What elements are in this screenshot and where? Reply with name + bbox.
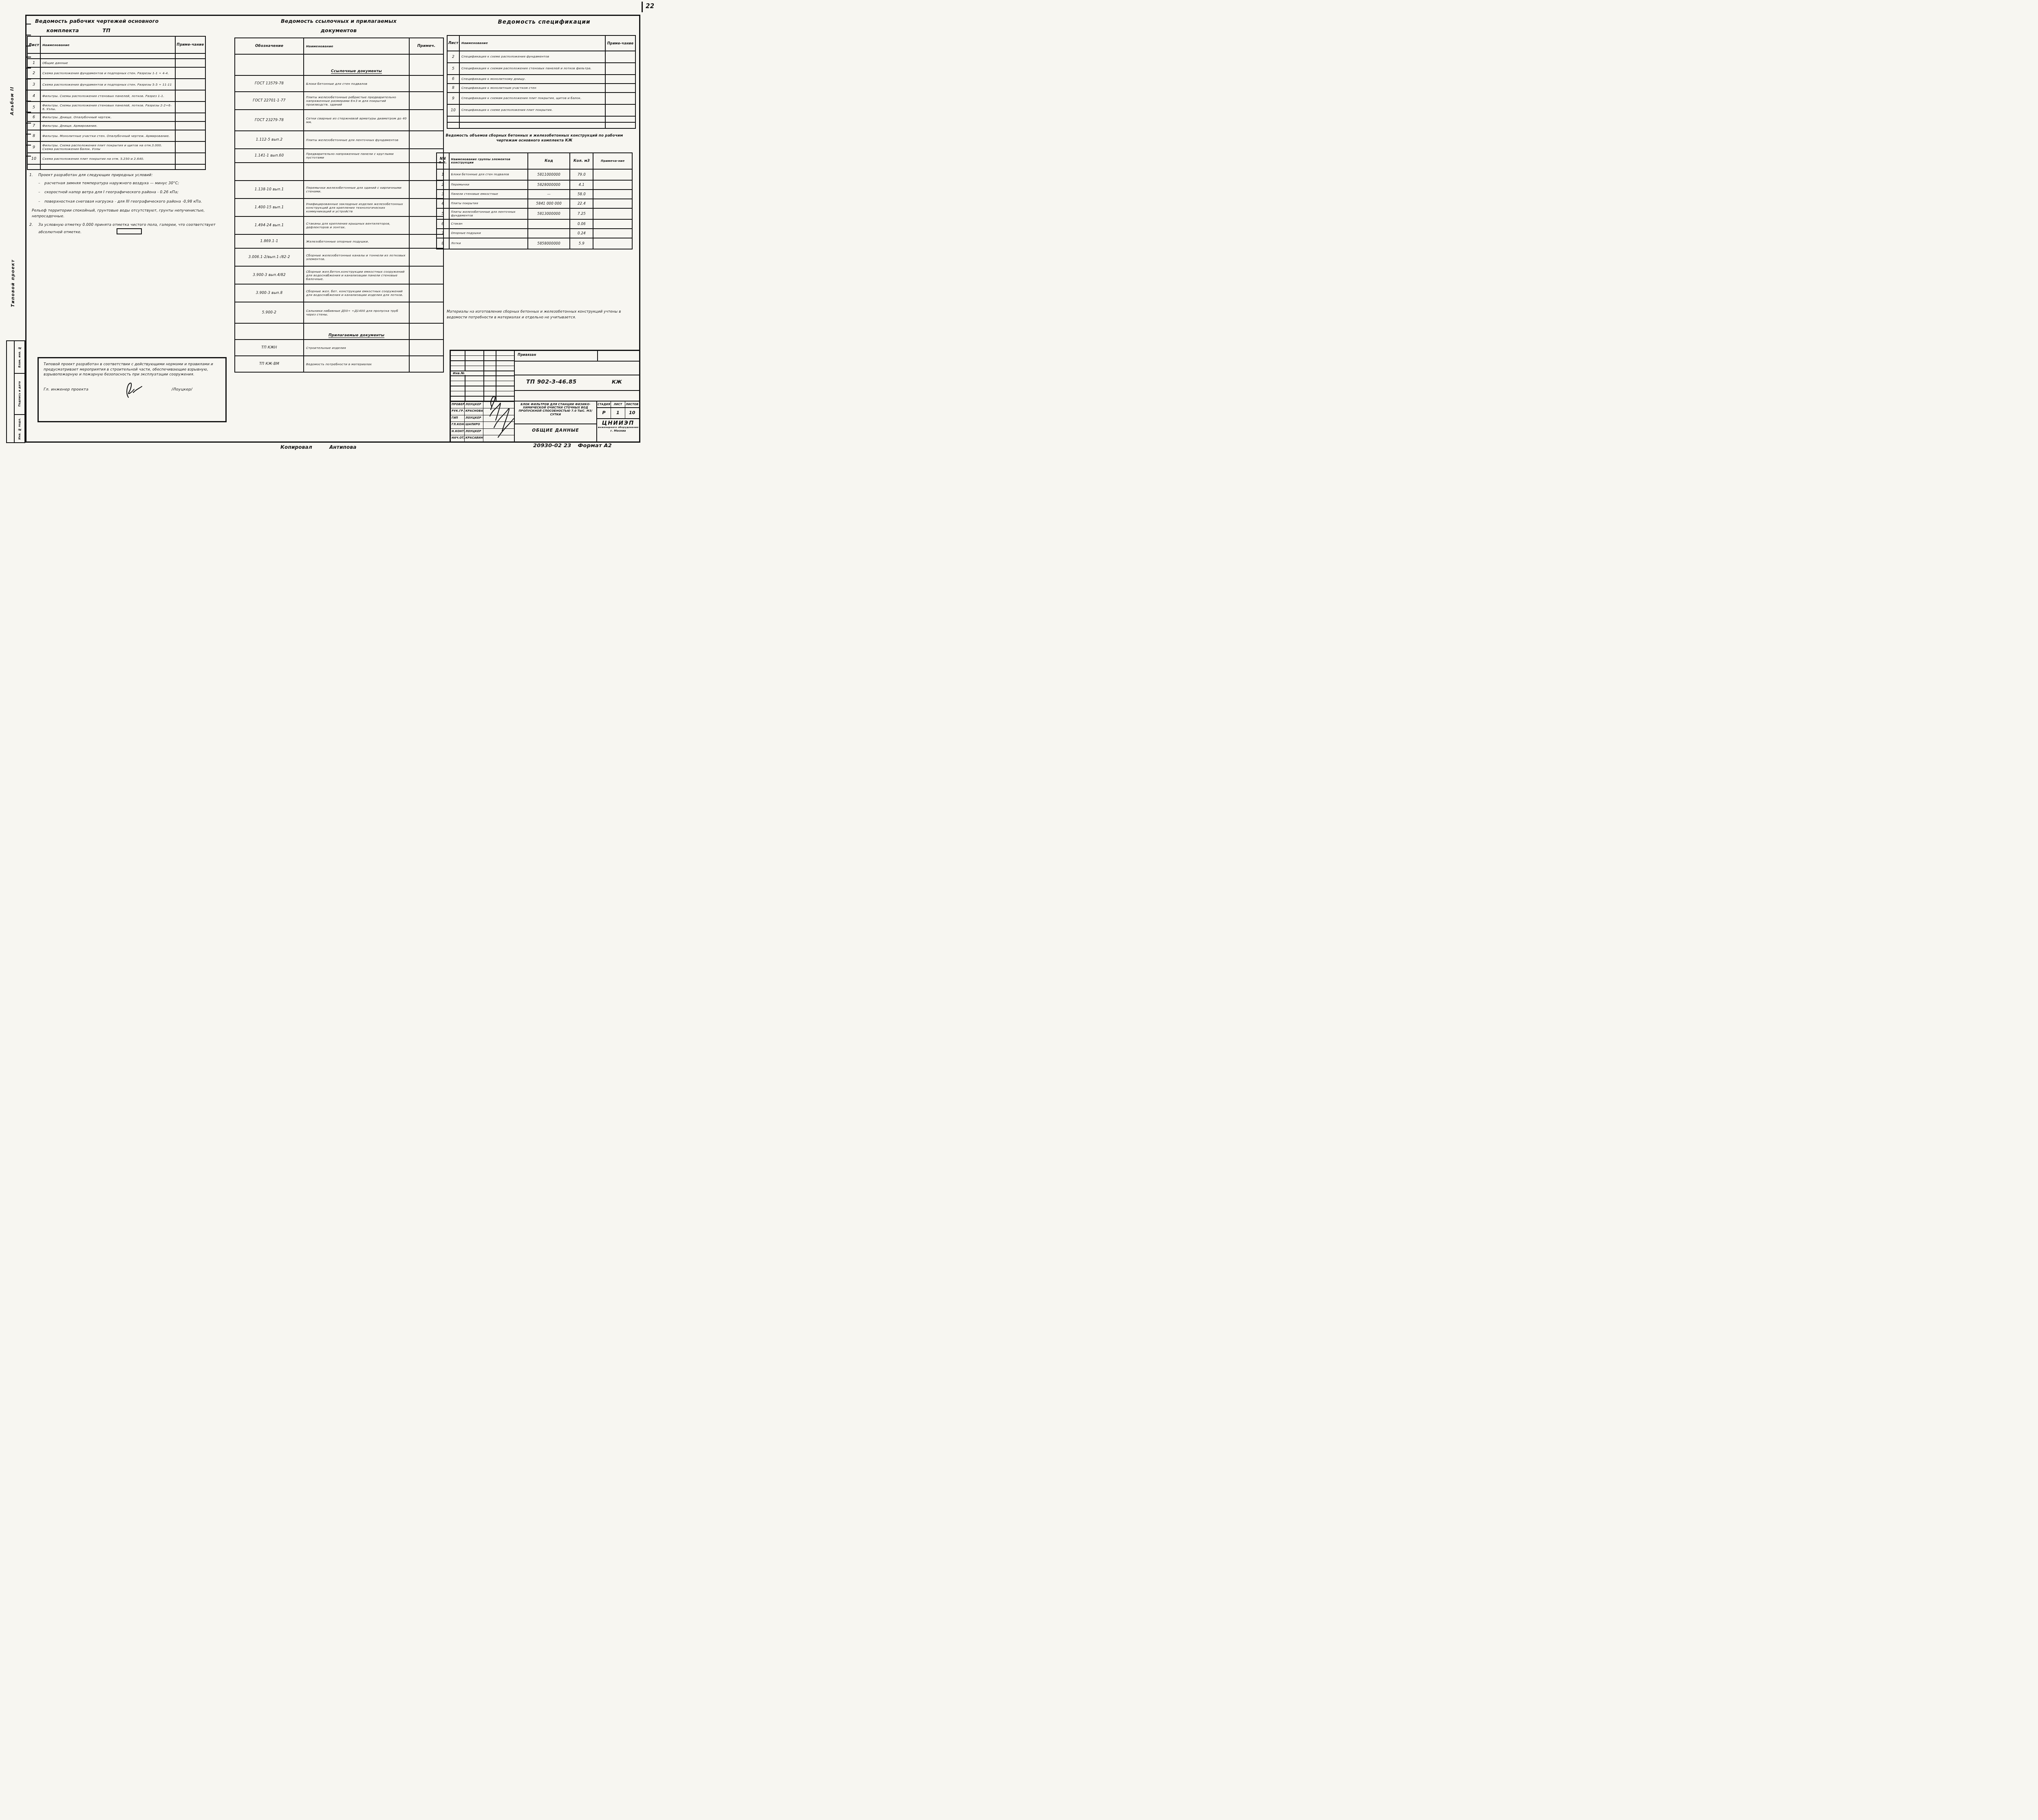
- dash: –: [38, 199, 42, 205]
- note-cell: [593, 190, 632, 199]
- doc-name-cell: Сборные жел.бетон.конструкции емкостных …: [304, 266, 409, 284]
- sheet-number-cell: 9: [27, 141, 40, 153]
- worklist-row: [27, 164, 205, 170]
- designation-cell: ГОСТ 22701-1-77: [235, 92, 304, 110]
- drawing-name-cell: Фильтры. Схема расположения плит покрыти…: [40, 141, 175, 153]
- spec-row: 10Спецификация к схеме расположения плит…: [447, 104, 635, 116]
- referenced-docs-table: Обозначение Наименование Примеч. Ссылочн…: [234, 38, 444, 373]
- refs-row: 1.400-15 вып.1Унифицированные закладные …: [235, 199, 443, 216]
- doc-name-cell: Ведомость потребности в материалах: [304, 356, 409, 372]
- spec-name-cell: Спецификация к монолитным участком стен: [459, 84, 605, 93]
- worklist-row: 3Схема расположения фундаментов и подпор…: [27, 79, 205, 90]
- sheet-number-cell: 8: [447, 84, 459, 93]
- document-number: ТП 902-3-46.85: [526, 379, 577, 385]
- role-cell: Рук.гр.: [451, 408, 465, 415]
- spec-row: [447, 116, 635, 122]
- designation-cell: 3.006.1-2/вып.1-/82-2: [235, 248, 304, 266]
- volumes-row: 5Плиты железобетонные для ленточных фунд…: [437, 208, 632, 219]
- refs-row: 1.138-10 вып.1Перемычки железобетонные д…: [235, 181, 443, 199]
- grid-line: [483, 351, 484, 402]
- col-nn: NN п.п.: [437, 153, 449, 169]
- name-cell: Лоуцкер: [465, 415, 483, 421]
- doc-name-cell: Строительные изделия: [304, 340, 409, 356]
- col-sheet: Лист: [447, 35, 459, 51]
- quantity-cell: 4.1: [570, 180, 593, 190]
- quantity-cell: 58.0: [570, 190, 593, 199]
- note-number: 1.: [29, 173, 35, 179]
- spec-list-title: Ведомость спецификации: [448, 19, 640, 25]
- empty-row: [515, 362, 639, 375]
- doc-name-cell: Плиты железобетонные для ленточных фунда…: [304, 131, 409, 149]
- sheet-number-cell: [447, 116, 459, 122]
- doc-name-cell: [304, 163, 409, 181]
- designation-cell: ГОСТ 13579-78: [235, 75, 304, 92]
- volumes-title: Ведомость объемов сборных бетонных и жел…: [436, 134, 633, 143]
- refs-row: ТП КЖНСтроительные изделия: [235, 340, 443, 356]
- general-notes: 1. Проект разработан для следующих приро…: [29, 173, 216, 238]
- name-cell: Краснова: [465, 408, 483, 415]
- role-cell: ГИП: [451, 415, 465, 421]
- worklist-row: 1Общие данные: [27, 59, 205, 67]
- quantity-cell: 7.25: [570, 208, 593, 219]
- note-cell: [593, 180, 632, 190]
- designation-cell: 1.494-24 вып.1: [235, 216, 304, 234]
- sheet-number-cell: 2: [447, 51, 459, 63]
- col-name: Наименование: [459, 35, 605, 51]
- project-description: Блок фильтров для станции физико-химичес…: [515, 402, 596, 424]
- note-cell: [409, 110, 443, 131]
- sheet-number-cell: 4: [27, 90, 40, 101]
- sheets-value: 10: [625, 408, 639, 418]
- designation-cell: ТП КЖН: [235, 340, 304, 356]
- signature-cell: [483, 428, 514, 435]
- role-cell: Провер.: [451, 402, 465, 408]
- signature-cell: [483, 435, 514, 441]
- note-cell: [409, 92, 443, 110]
- note-cell: [175, 67, 205, 79]
- volumes-row: 4Плиты покрытия5841 000 00022.4: [437, 199, 632, 208]
- refs-row: ТП КЖ-ВМВедомость потребности в материал…: [235, 356, 443, 372]
- note-cell: [593, 208, 632, 219]
- note-cell: [605, 104, 635, 116]
- row-number-cell: 8: [437, 238, 449, 249]
- code-cell: 5858000000: [528, 238, 570, 249]
- designation-cell: 1.400-15 вып.1: [235, 199, 304, 216]
- spec-name-cell: [459, 116, 605, 122]
- note-cell: [409, 302, 443, 323]
- name-cell: Красавин: [465, 435, 483, 441]
- note-cell: [605, 93, 635, 104]
- note-cell: [409, 323, 443, 340]
- doc-name-cell: Сальники набивные Д50÷ ÷Д1400 для пропус…: [304, 302, 409, 323]
- note-cell: [175, 153, 205, 164]
- designation-cell: ГОСТ 23279-78: [235, 110, 304, 131]
- designation-cell: 3.900-3 вып.4/82: [235, 266, 304, 284]
- note-cell: [593, 169, 632, 180]
- col-group: Наименование группы элементов конструкци…: [449, 153, 528, 169]
- refs-row: ГОСТ 22701-1-77Плиты железобетонные ребр…: [235, 92, 443, 110]
- margin-stamp-label: Взам. инв. №: [18, 346, 21, 368]
- note-cell: [593, 219, 632, 229]
- code-cell: [528, 229, 570, 238]
- doc-name-cell: Сетки сварные из стержневой арматуры диа…: [304, 110, 409, 131]
- quantity-cell: 5.9: [570, 238, 593, 249]
- doc-name-cell: Предварительно напряженные панели с круг…: [304, 149, 409, 163]
- note-cell: [605, 75, 635, 84]
- code-cell: 5841 000 000: [528, 199, 570, 208]
- refs-row: [235, 163, 443, 181]
- note-paragraph: Рельеф территории спокойный, грунтовые в…: [32, 208, 216, 219]
- drawing-name-cell: Фильтры. Днище. Армирование.: [40, 121, 175, 130]
- volumes-row: 3Панели стеновые емкостные—58.0: [437, 190, 632, 199]
- code-cell: —: [528, 190, 570, 199]
- document-number-row: ТП 902-3-46.85 КЖ: [515, 375, 639, 391]
- refs-row: 3.900-3 вып.4/82Сборные жел.бетон.констр…: [235, 266, 443, 284]
- note-cell: [605, 63, 635, 75]
- refs-title: Ведомость ссылочных и прилагаемых докуме…: [234, 16, 443, 35]
- note-cell: [605, 122, 635, 128]
- group-name-cell: Стакан: [449, 219, 528, 229]
- margin-stamp-empty-column: [7, 341, 15, 442]
- signature-cell: [483, 421, 514, 428]
- spec-name-cell: Спецификация к схеме расположения фундам…: [459, 51, 605, 63]
- designation-cell: [235, 54, 304, 75]
- note-cell: [175, 59, 205, 67]
- stage-header: Стадия: [597, 402, 611, 407]
- refs-row: ГОСТ 23279-78Сетки сварные из стержневой…: [235, 110, 443, 131]
- doc-name-cell: Сборные жел. бет. конструкции емкостных …: [304, 284, 409, 302]
- refs-row: ГОСТ 13579-78Блоки бетонные для стен под…: [235, 75, 443, 92]
- note-bullet: –расчетная зимняя температура наружного …: [38, 181, 216, 187]
- doc-name-cell: Сборные железобетонные каналы и тоннели …: [304, 248, 409, 266]
- refs-row: 3.006.1-2/вып.1-/82-2Сборные железобетон…: [235, 248, 443, 266]
- margin-stamp-cell: Взам. инв. №: [15, 341, 24, 374]
- sheet-number-cell: 6: [447, 75, 459, 84]
- inventory-number-label: Инв.№: [452, 371, 465, 375]
- role-cell: Нач.отд: [451, 435, 465, 441]
- col-sheet: Лист: [27, 36, 40, 53]
- drawing-name-cell: Фильтры. Днище. Опалубочный чертеж.: [40, 113, 175, 121]
- spec-list-table: Лист Наименование Приме-чание 2Специфика…: [447, 35, 636, 129]
- sheet-number-cell: 2: [27, 67, 40, 79]
- row-number-cell: 7: [437, 229, 449, 238]
- spec-row: [447, 122, 635, 128]
- volumes-row: 6Стакан0.06: [437, 219, 632, 229]
- worklist-row: 7Фильтры. Днище. Армирование.: [27, 121, 205, 130]
- volumes-row: 2Перемычки58280000004.1: [437, 180, 632, 190]
- note-cell: [409, 54, 443, 75]
- materials-note: Материалы на изготовление сборных бетонн…: [447, 309, 635, 320]
- name-cell: Шапиро: [465, 421, 483, 428]
- designation-cell: 1.141-1 вып.60: [235, 149, 304, 163]
- col-designation: Обозначение: [235, 38, 304, 54]
- row-number-cell: 6: [437, 219, 449, 229]
- note-cell: [409, 75, 443, 92]
- note-cell: [175, 164, 205, 170]
- note-cell: [175, 113, 205, 121]
- volumes-header: NN п.п. Наименование группы элементов ко…: [437, 153, 632, 169]
- note-cell: [605, 116, 635, 122]
- margin-stamp-labels: Взам. инв. №Подпись и датаИнв. № подл.: [15, 341, 24, 442]
- sheet-number-cell: 5: [27, 101, 40, 113]
- sheet-number-cell: 8: [27, 130, 40, 141]
- designation-cell: 1.138-10 вып.1: [235, 181, 304, 199]
- project-description-cell: Блок фильтров для станции физико-химичес…: [515, 402, 597, 441]
- doc-name-cell: Перемычки железобетонные для зданий с ки…: [304, 181, 409, 199]
- doc-name-cell: Унифицированные закладные изделия железо…: [304, 199, 409, 216]
- note-text: Проект разработан для следующих природны…: [38, 173, 153, 179]
- copier-name: Антипова: [329, 444, 357, 450]
- role-cell: Гл.конст: [451, 421, 465, 428]
- doc-name-cell: Прилагаемые документы: [304, 323, 409, 340]
- name-cell: Лоуцкер: [465, 428, 483, 435]
- worklist-row: 4Фильтры. Схемы расположения стеновых па…: [27, 90, 205, 101]
- drawing-name-cell: [40, 164, 175, 170]
- note-cell: [409, 356, 443, 372]
- scanned-drawing-sheet: { "page": { "number": "22" }, "margin": …: [0, 0, 654, 455]
- spec-name-cell: [459, 122, 605, 128]
- note-cell: [605, 84, 635, 93]
- document-code: 20930-02 23Формат А2: [533, 443, 612, 449]
- note-cell: [175, 121, 205, 130]
- row-number-cell: 2: [437, 180, 449, 190]
- code-cell: [528, 219, 570, 229]
- role-cell: Н.контр: [451, 428, 465, 435]
- col-note: Приме-чание: [175, 36, 205, 53]
- note-cell: [593, 229, 632, 238]
- margin-stamp-label: Инв. № подл.: [18, 418, 21, 440]
- organization-city: г. Москва: [597, 429, 639, 432]
- sheet-number-cell: 5: [447, 63, 459, 75]
- code-cell: 5813000000: [528, 208, 570, 219]
- drawing-name-cell: Общие данные: [40, 59, 175, 67]
- worklist-row: 9Фильтры. Схема расположения плит покрыт…: [27, 141, 205, 153]
- roles-grid: Провер.ЛоуцкерРук.гр.КрасноваГИПЛоуцкерГ…: [451, 402, 514, 441]
- refs-row: 1.494-24 вып.1Стаканы для крепления крыш…: [235, 216, 443, 234]
- dash: –: [38, 181, 42, 187]
- sheet-number-cell: 10: [447, 104, 459, 116]
- note-cell: [593, 238, 632, 249]
- margin-stamp-cell: Подпись и дата: [15, 374, 24, 415]
- note-cell: [409, 248, 443, 266]
- refs-row: Прилагаемые документы: [235, 323, 443, 340]
- signature-icon: [117, 381, 143, 399]
- worklist-row: 10Схема расположения плит покрытия на от…: [27, 153, 205, 164]
- format-label: Формат А2: [578, 443, 612, 449]
- title-block: Инв.№ Провер.ЛоуцкерРук.гр.КрасноваГИПЛо…: [450, 350, 640, 443]
- note-bullet: –скоростной напор ветра для I географиче…: [38, 190, 216, 196]
- refs-row: 1.869.1-1Железобетонные опорные подушки.: [235, 234, 443, 248]
- spec-name-cell: Спецификация к монолитному днищу.: [459, 75, 605, 84]
- grid-line: [496, 351, 496, 402]
- code-cell: 5811000000: [528, 169, 570, 180]
- refs-row: 3.900-3 вып.8Сборные жел. бет. конструкц…: [235, 284, 443, 302]
- refs-row: Ссылочные документы: [235, 54, 443, 75]
- worklist-title: Ведомость рабочих чертежей основного ком…: [35, 16, 159, 35]
- spec-row: 2Спецификация к схеме расположения фунда…: [447, 51, 635, 63]
- title-block-signature-grid: Инв.№ Провер.ЛоуцкерРук.гр.КрасноваГИПЛо…: [451, 351, 515, 441]
- worklist-row: 2Схема расположения фундаментов и подпор…: [27, 67, 205, 79]
- pinned-label: Привязан: [518, 353, 536, 357]
- signature-grid-empty-rows: [451, 351, 514, 402]
- col-name: Наименование: [40, 36, 175, 53]
- note-bullet-text: расчетная зимняя температура наружного в…: [44, 181, 179, 187]
- note-bullets: –расчетная зимняя температура наружного …: [38, 181, 216, 205]
- title-block-right: Привязан ТП 902-3-46.85 КЖ Блок фильтров…: [515, 351, 639, 441]
- blank-elevation-box: [117, 228, 142, 234]
- worklist-header: Лист Наименование Приме-чание: [27, 36, 205, 53]
- sheets-header: Листов: [625, 402, 639, 407]
- designation-cell: 1.869.1-1: [235, 234, 304, 248]
- designation-cell: [235, 163, 304, 181]
- signature-name: /Лоуцкер/: [172, 387, 192, 393]
- typical-project-label: Типовой проект: [11, 259, 15, 307]
- spec-row: 8Спецификация к монолитным участком стен: [447, 84, 635, 93]
- worklist-table: Лист Наименование Приме-чание 1Общие дан…: [27, 36, 206, 170]
- spec-row: 9Спецификация к схемам расположения плит…: [447, 93, 635, 104]
- signature-cell: [483, 415, 514, 421]
- sheet-number-cell: [27, 164, 40, 170]
- dash: –: [38, 190, 42, 196]
- copied-by: КопировалАнтипова: [280, 444, 357, 450]
- sheet-number-cell: 3: [27, 79, 40, 90]
- statement-text: Типовой проект разработан в соответствии…: [44, 362, 221, 377]
- drawing-name-cell: Схема расположения фундаментов и подпорн…: [40, 67, 175, 79]
- divider: [597, 351, 598, 361]
- note-cell: [409, 284, 443, 302]
- note-cell: [175, 90, 205, 101]
- note-cell: [175, 130, 205, 141]
- stage-block: Стадия Лист Листов Р 1 10 ЦНИИЭП инженер…: [597, 402, 639, 441]
- designation-cell: 1.112-5 вып.2: [235, 131, 304, 149]
- doc-name-cell: Железобетонные опорные подушки.: [304, 234, 409, 248]
- note-cell: [409, 266, 443, 284]
- note-bullet-text: скоростной напор ветра для I географичес…: [44, 190, 179, 196]
- note-number: 2.: [29, 223, 35, 235]
- note-cell: [175, 53, 205, 59]
- refs-row: 5.900-2Сальники набивные Д50÷ ÷Д1400 для…: [235, 302, 443, 323]
- sheet-number-cell: [447, 122, 459, 128]
- col-qty: Кол. м3: [570, 153, 593, 169]
- worklist-row: 8Фильтры. Монолитные участки стен. Опалу…: [27, 130, 205, 141]
- sheet-number-cell: 6: [27, 113, 40, 121]
- designation-cell: 3.900-3 вып.8: [235, 284, 304, 302]
- empty-row: [515, 391, 639, 402]
- col-note: Приме-чание: [605, 35, 635, 51]
- spec-header: Лист Наименование Приме-чание: [447, 35, 635, 51]
- designation-cell: 5.900-2: [235, 302, 304, 323]
- statement-box: Типовой проект разработан в соответствии…: [37, 357, 227, 422]
- sheet-value: 1: [611, 408, 625, 418]
- group-name-cell: Опорные подушки: [449, 229, 528, 238]
- organization-cell: ЦНИИЭП инженерного оборудования г. Москв…: [597, 419, 639, 432]
- row-number-cell: 3: [437, 190, 449, 199]
- sheet-number-cell: 7: [27, 121, 40, 130]
- group-name-cell: Блоки бетонные для стен подвалов: [449, 169, 528, 180]
- sheet-number-cell: [27, 53, 40, 59]
- set-mark: КЖ: [612, 379, 622, 385]
- doc-name-cell: Ссылочные документы: [304, 54, 409, 75]
- sheet-number-cell: 1: [27, 59, 40, 67]
- spec-name-cell: Спецификация к схемам расположения стено…: [459, 63, 605, 75]
- quantity-cell: 0.06: [570, 219, 593, 229]
- sheet-name: Общие данные: [515, 424, 596, 433]
- note-cell: [175, 101, 205, 113]
- worklist-row: 6Фильтры. Днище. Опалубочный чертеж.: [27, 113, 205, 121]
- drawing-name-cell: Фильтры. Схемы расположения стеновых пан…: [40, 101, 175, 113]
- designation-cell: [235, 323, 304, 340]
- refs-header: Обозначение Наименование Примеч.: [235, 38, 443, 54]
- worklist-row: 5Фильтры. Схемы расположения стеновых па…: [27, 101, 205, 113]
- volumes-row: 1Блоки бетонные для стен подвалов5811000…: [437, 169, 632, 180]
- drawing-name-cell: Фильтры. Схемы расположения стеновых пан…: [40, 90, 175, 101]
- drawing-name-cell: Схема расположения плит покрытия на отм.…: [40, 153, 175, 164]
- refs-row: 1.141-1 вып.60Предварительно напряженные…: [235, 149, 443, 163]
- margin-stamp-label: Подпись и дата: [18, 381, 21, 407]
- drawing-name-cell: Фильтры. Монолитные участки стен. Опалуб…: [40, 130, 175, 141]
- grid-line: [465, 351, 465, 402]
- doc-name-cell: Стаканы для крепления крышных вентилятор…: [304, 216, 409, 234]
- organization-subtitle: инженерного оборудования: [597, 426, 639, 429]
- spec-name-cell: Спецификация к схеме расположения плит п…: [459, 104, 605, 116]
- volumes-row: 7Опорные подушки0.24: [437, 229, 632, 238]
- quantity-cell: 22.4: [570, 199, 593, 208]
- col-code: Код: [528, 153, 570, 169]
- note-cell: [409, 340, 443, 356]
- doc-name-cell: Блоки бетонные для стен подвалов: [304, 75, 409, 92]
- stage-value: Р: [597, 408, 611, 418]
- spec-row: 5Спецификация к схемам расположения стен…: [447, 63, 635, 75]
- row-number-cell: 4: [437, 199, 449, 208]
- name-cell: Лоуцкер: [465, 402, 483, 408]
- worklist-row: [27, 53, 205, 59]
- note-bullet-text: поверхностная снеговая нагрузка - для II…: [44, 199, 202, 205]
- note-bullet: –поверхностная снеговая нагрузка - для I…: [38, 199, 216, 205]
- code-cell: 5828000000: [528, 180, 570, 190]
- drawing-name-cell: Схема расположения фундаментов и подпорн…: [40, 79, 175, 90]
- col-note: Примеча-ние: [593, 153, 632, 169]
- group-name-cell: Лотки: [449, 238, 528, 249]
- pinned-row: Привязан: [515, 351, 639, 362]
- album-label: Альбом II: [10, 86, 15, 115]
- group-name-cell: Перемычки: [449, 180, 528, 190]
- col-name: Наименование: [304, 38, 409, 54]
- col-note: Примеч.: [409, 38, 443, 54]
- volumes-table: NN п.п. Наименование группы элементов ко…: [436, 152, 633, 249]
- refs-row: 1.112-5 вып.2Плиты железобетонные для ле…: [235, 131, 443, 149]
- group-name-cell: Плиты покрытия: [449, 199, 528, 208]
- group-name-cell: Плиты железобетонные для ленточных фунда…: [449, 208, 528, 219]
- chief-engineer-label: Гл. инженер проекта: [44, 387, 88, 393]
- note-text: За условную отметку 0.000 принята отметк…: [38, 223, 216, 235]
- page-number: 22: [642, 2, 654, 12]
- note-cell: [175, 79, 205, 90]
- margin-stamp: Взам. инв. №Подпись и датаИнв. № подл.: [6, 340, 25, 443]
- group-name-cell: Панели стеновые емкостные: [449, 190, 528, 199]
- sheet-header: Лист: [611, 402, 625, 407]
- designation-cell: ТП КЖ-ВМ: [235, 356, 304, 372]
- note-cell: [605, 51, 635, 63]
- quantity-cell: 0.24: [570, 229, 593, 238]
- note-cell: [175, 141, 205, 153]
- row-number-cell: 1: [437, 169, 449, 180]
- quantity-cell: 79.0: [570, 169, 593, 180]
- drawing-name-cell: [40, 53, 175, 59]
- sheet-number-cell: 9: [447, 93, 459, 104]
- signature-cell: [483, 408, 514, 415]
- margin-stamp-cell: Инв. № подл.: [15, 415, 24, 442]
- note-cell: [593, 199, 632, 208]
